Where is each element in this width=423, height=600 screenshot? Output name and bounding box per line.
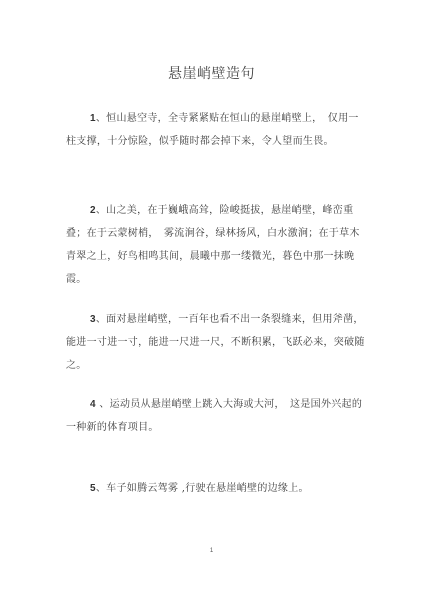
sentence-text: 、面对悬崖峭壁，一百年也看不出一条裂缝来，但用斧凿，能进一寸进一寸，能进一尺进一… [66, 314, 365, 371]
sentence-paragraph: 4 、运动员从悬崖峭壁上跳入大海或大河， 这是国外兴起的一种新的体育项目。 [66, 393, 366, 439]
sentence-text: 、运动员从悬崖峭壁上跳入大海或大河， 这是国外兴起的一种新的体育项目。 [66, 399, 362, 433]
sentence-paragraph: 5、车子如腾云驾雾 ,行驶在悬崖峭壁的边缘上。 [66, 477, 366, 500]
sentence-paragraph: 3、面对悬崖峭壁，一百年也看不出一条裂缝来，但用斧凿，能进一寸进一寸，能进一尺进… [66, 308, 366, 377]
sentence-text: 、车子如腾云驾雾 ,行驶在悬崖峭壁的边缘上。 [96, 483, 309, 494]
sentence-text: 、山之美，在于巍峨高耸，险峻挺拔，悬崖峭壁，峰峦重叠；在于云蒙树梢， 雾流涧谷，… [66, 205, 360, 285]
sentence-text: 、恒山悬空寺，全寺紧紧贴在恒山的悬崖峭壁上， 仅用一柱支撑，十分惊险，似乎随时都… [66, 113, 359, 147]
sentence-paragraph: 1、恒山悬空寺，全寺紧紧贴在恒山的悬崖峭壁上， 仅用一柱支撑，十分惊险，似乎随时… [66, 107, 366, 153]
document-title: 悬崖峭壁造句 [0, 63, 423, 83]
document-page: 悬崖峭壁造句 1、恒山悬空寺，全寺紧紧贴在恒山的悬崖峭壁上， 仅用一柱支撑，十分… [0, 0, 423, 600]
page-number: 1 [0, 548, 423, 554]
sentence-paragraph: 2、山之美，在于巍峨高耸，险峻挺拔，悬崖峭壁，峰峦重叠；在于云蒙树梢， 雾流涧谷… [66, 199, 366, 291]
